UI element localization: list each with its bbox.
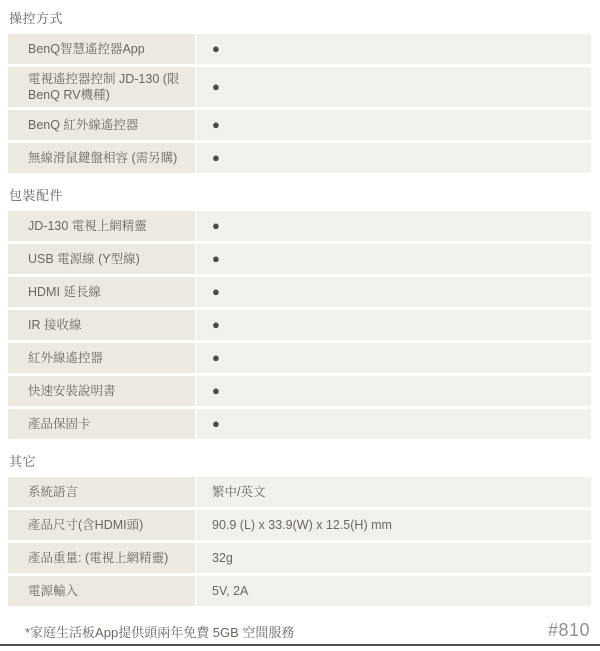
spec-label: IR 接收線 [28, 317, 81, 333]
section-others: 其它 系統語言 繁中/英文 產品尺寸(含HDMI頭) 90.9 (L) x 33… [8, 451, 591, 606]
spec-row: 產品保固卡 ● [8, 409, 591, 439]
spec-value-cell: ● [195, 34, 591, 64]
spec-label: 系統語言 [28, 484, 78, 500]
spec-row: 無線滑鼠鍵盤相容 (需另購) ● [8, 143, 591, 173]
footer: *家庭生活板App提供頭兩年免費 5GB 空間服務 #810 [8, 620, 591, 641]
spec-value-cell: ● [195, 211, 591, 241]
included-bullet-icon: ● [212, 386, 220, 396]
spec-row: 系統語言 繁中/英文 [8, 477, 591, 507]
included-bullet-icon: ● [212, 221, 220, 231]
spec-label: BenQ智慧遙控器App [28, 41, 145, 57]
section-package-contents: 包裝配件 JD-130 電視上網精靈 ● USB 電源線 (Y型線) ● HDM… [8, 185, 591, 439]
spec-page: 操控方式 BenQ智慧遙控器App ● 電視遙控器控制 JD-130 (限 Be… [0, 0, 600, 651]
section-control-methods: 操控方式 BenQ智慧遙控器App ● 電視遙控器控制 JD-130 (限 Be… [8, 8, 591, 173]
spec-value-cell: 繁中/英文 [195, 477, 591, 507]
spec-label: JD-130 電視上網精靈 [28, 218, 147, 234]
spec-label: 快速安裝說明書 [28, 383, 116, 399]
spec-label-cell: 紅外線遙控器 [8, 343, 195, 373]
spec-row: JD-130 電視上網精靈 ● [8, 211, 591, 241]
spec-label: 電源輸入 [28, 583, 78, 599]
spec-value-cell: 32g [195, 543, 591, 573]
spec-row: BenQ 紅外線遙控器 ● [8, 110, 591, 140]
spec-value-cell: ● [195, 244, 591, 274]
included-bullet-icon: ● [212, 353, 220, 363]
included-bullet-icon: ● [212, 254, 220, 264]
spec-label: BenQ 紅外線遙控器 [28, 117, 138, 133]
spec-label: 無線滑鼠鍵盤相容 (需另購) [28, 150, 177, 166]
spec-label: 電視遙控器控制 JD-130 (限 BenQ RV機種) [28, 71, 185, 103]
spec-label-cell: BenQ智慧遙控器App [8, 34, 195, 64]
spec-row: 產品尺寸(含HDMI頭) 90.9 (L) x 33.9(W) x 12.5(H… [8, 510, 591, 540]
spec-table: 系統語言 繁中/英文 產品尺寸(含HDMI頭) 90.9 (L) x 33.9(… [8, 477, 591, 606]
spec-table: JD-130 電視上網精靈 ● USB 電源線 (Y型線) ● HDMI 延長線… [8, 211, 591, 439]
spec-value: 32g [212, 550, 233, 566]
spec-value: 繁中/英文 [212, 484, 265, 500]
spec-row: USB 電源線 (Y型線) ● [8, 244, 591, 274]
spec-label-cell: 無線滑鼠鍵盤相容 (需另購) [8, 143, 195, 173]
spec-row: 紅外線遙控器 ● [8, 343, 591, 373]
spec-label-cell: HDMI 延長線 [8, 277, 195, 307]
spec-label-cell: JD-130 電視上網精靈 [8, 211, 195, 241]
spec-table: BenQ智慧遙控器App ● 電視遙控器控制 JD-130 (限 BenQ RV… [8, 34, 591, 173]
spec-label-cell: 快速安裝說明書 [8, 376, 195, 406]
section-title: 操控方式 [9, 8, 591, 27]
spec-value-cell: ● [195, 310, 591, 340]
spec-label-cell: IR 接收線 [8, 310, 195, 340]
included-bullet-icon: ● [212, 44, 220, 54]
spec-label-cell: 電視遙控器控制 JD-130 (限 BenQ RV機種) [8, 67, 195, 107]
included-bullet-icon: ● [212, 320, 220, 330]
spec-label: 紅外線遙控器 [28, 350, 103, 366]
spec-value: 5V, 2A [212, 583, 248, 599]
spec-value-cell: 5V, 2A [195, 576, 591, 606]
spec-value-cell: ● [195, 110, 591, 140]
spec-value-cell: ● [195, 67, 591, 107]
spec-row: HDMI 延長線 ● [8, 277, 591, 307]
spec-row: IR 接收線 ● [8, 310, 591, 340]
spec-label: 產品保固卡 [28, 416, 91, 432]
spec-label-cell: 系統語言 [8, 477, 195, 507]
section-title: 其它 [9, 451, 591, 470]
page-ref: #810 [548, 620, 590, 641]
spec-value-cell: ● [195, 277, 591, 307]
section-title: 包裝配件 [9, 185, 591, 204]
spec-label: 產品重量: (電視上網精靈) [28, 550, 168, 566]
spec-row: 快速安裝說明書 ● [8, 376, 591, 406]
spec-row: BenQ智慧遙控器App ● [8, 34, 591, 64]
spec-value-cell: ● [195, 143, 591, 173]
spec-label-cell: 產品尺寸(含HDMI頭) [8, 510, 195, 540]
footnote-text: *家庭生活板App提供頭兩年免費 5GB 空間服務 [25, 622, 294, 641]
included-bullet-icon: ● [212, 153, 220, 163]
spec-label: 產品尺寸(含HDMI頭) [28, 517, 143, 533]
spec-label-cell: 產品重量: (電視上網精靈) [8, 543, 195, 573]
spec-value-cell: ● [195, 376, 591, 406]
spec-label-cell: 產品保固卡 [8, 409, 195, 439]
spec-label-cell: 電源輸入 [8, 576, 195, 606]
spec-row: 產品重量: (電視上網精靈) 32g [8, 543, 591, 573]
spec-label: USB 電源線 (Y型線) [28, 251, 140, 267]
included-bullet-icon: ● [212, 419, 220, 429]
included-bullet-icon: ● [212, 120, 220, 130]
spec-value-cell: ● [195, 343, 591, 373]
bottom-divider [0, 644, 600, 646]
included-bullet-icon: ● [212, 287, 220, 297]
spec-label: HDMI 延長線 [28, 284, 101, 300]
spec-label-cell: USB 電源線 (Y型線) [8, 244, 195, 274]
spec-value-cell: ● [195, 409, 591, 439]
spec-row: 電視遙控器控制 JD-130 (限 BenQ RV機種) ● [8, 67, 591, 107]
spec-row: 電源輸入 5V, 2A [8, 576, 591, 606]
included-bullet-icon: ● [212, 82, 220, 92]
spec-value: 90.9 (L) x 33.9(W) x 12.5(H) mm [212, 517, 392, 533]
spec-value-cell: 90.9 (L) x 33.9(W) x 12.5(H) mm [195, 510, 591, 540]
spec-label-cell: BenQ 紅外線遙控器 [8, 110, 195, 140]
